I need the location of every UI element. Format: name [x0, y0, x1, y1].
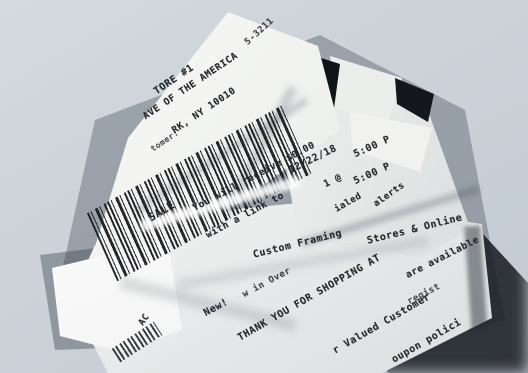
photo-crumpled-receipt: TORE #1 AVE OF THE AMERICA RK, NY 10010 … [0, 0, 528, 373]
